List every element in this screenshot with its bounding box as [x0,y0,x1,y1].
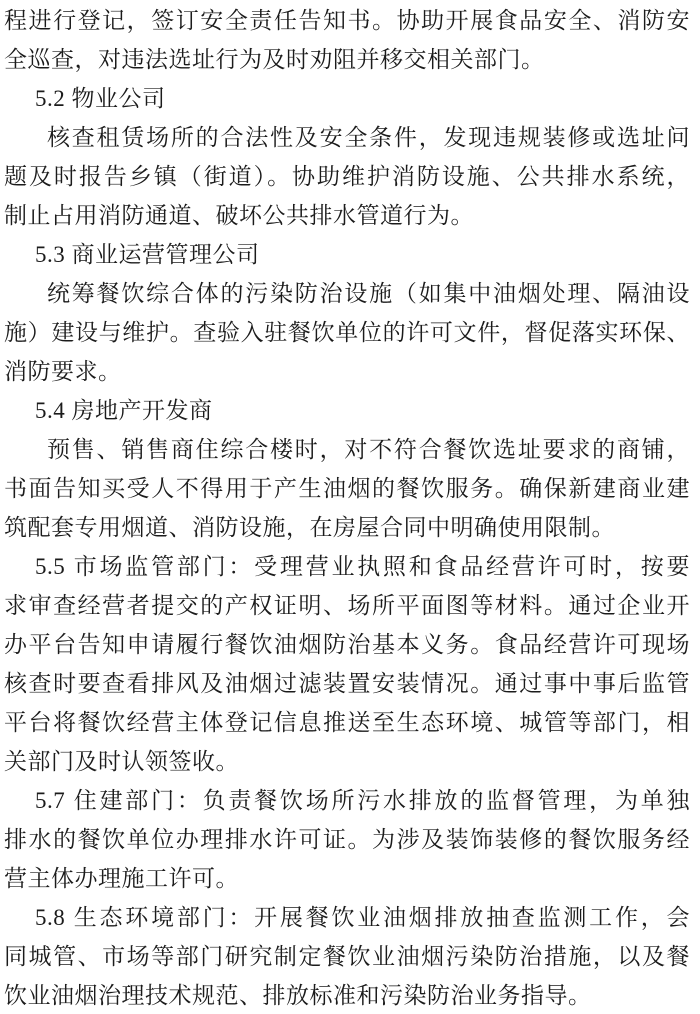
document-line: 统筹餐饮综合体的污染防治设施（如集中油烟处理、隔油设 [4,274,690,313]
document-line: 程进行登记，签订安全责任告知书。协助开展食品安全、消防安 [4,1,690,40]
document-line: 书面告知买受人不得用于产生油烟的餐饮服务。确保新建商业建 [4,469,690,508]
document-line: 预售、销售商住综合楼时，对不符合餐饮选址要求的商铺， [4,430,690,469]
document-line: 关部门及时认领签收。 [4,742,690,781]
section-5-7-start: 5.7 住建部门：负责餐饮场所污水排放的监督管理，为单独 [4,781,690,820]
section-5-5-start: 5.5 市场监管部门：受理营业执照和食品经营许可时，按要 [4,547,690,586]
document-line: 制止占用消防通道、破坏公共排水管道行为。 [4,196,690,235]
section-5-8-start: 5.8 生态环境部门：开展餐饮业油烟排放抽查监测工作，会 [4,898,690,937]
document-line: 消防要求。 [4,352,690,391]
document-line: 办平台告知申请履行餐饮油烟防治基本义务。食品经营许可现场 [4,625,690,664]
document-line: 饮业油烟治理技术规范、排放标准和污染防治业务指导。 [4,976,690,1014]
document-line: 施）建设与维护。查验入驻餐饮单位的许可文件，督促落实环保、 [4,313,690,352]
document-page: 程进行登记，签订安全责任告知书。协助开展食品安全、消防安 全巡查，对违法选址行为… [0,0,700,1014]
document-line: 排水的餐饮单位办理排水许可证。为涉及装饰装修的餐饮服务经 [4,820,690,859]
document-line: 核查时要查看排风及油烟过滤装置安装情况。通过事中事后监管 [4,664,690,703]
document-line: 全巡查，对违法选址行为及时劝阻并移交相关部门。 [4,40,690,79]
document-line: 题及时报告乡镇（街道）。协助维护消防设施、公共排水系统， [4,157,690,196]
section-5-3-heading: 5.3 商业运营管理公司 [4,235,690,274]
document-line: 求审查经营者提交的产权证明、场所平面图等材料。通过企业开 [4,586,690,625]
document-line: 筑配套专用烟道、消防设施，在房屋合同中明确使用限制。 [4,508,690,547]
document-line: 同城管、市场等部门研究制定餐饮业油烟污染防治措施，以及餐 [4,937,690,976]
document-line: 平台将餐饮经营主体登记信息推送至生态环境、城管等部门，相 [4,703,690,742]
document-line: 核查租赁场所的合法性及安全条件，发现违规装修或选址问 [4,118,690,157]
document-line: 营主体办理施工许可。 [4,859,690,898]
section-5-4-heading: 5.4 房地产开发商 [4,391,690,430]
section-5-2-heading: 5.2 物业公司 [4,79,690,118]
